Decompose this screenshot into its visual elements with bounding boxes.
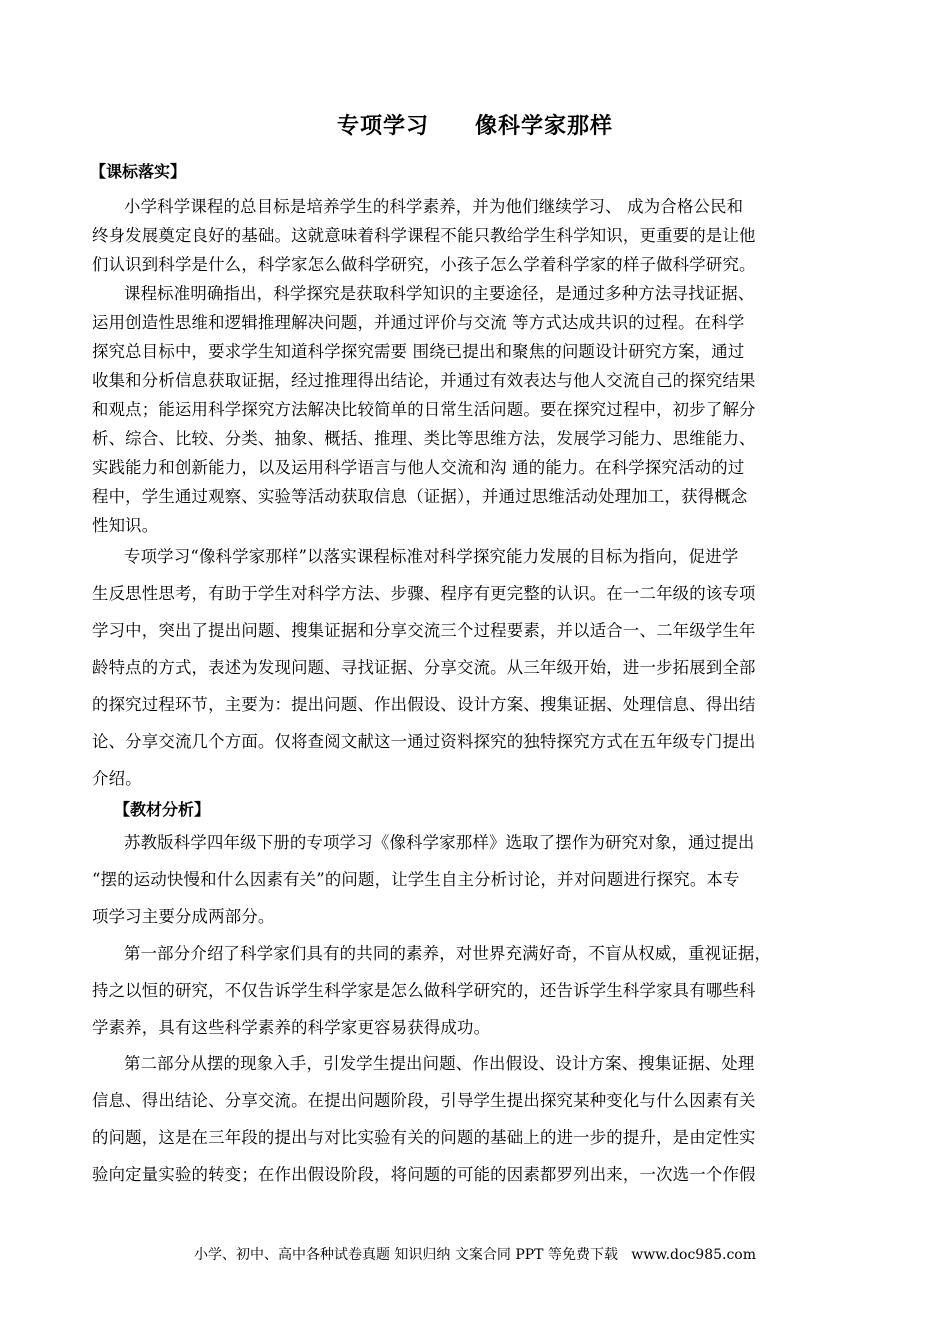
paragraph-line: 学素养，具有这些科学素养的科学家更容易获得成功。 xyxy=(92,1017,490,1039)
paragraph-line: 专项学习“像科学家那样”以落实课程标准对科学探究能力发展的目标为指向，促进学 xyxy=(124,546,738,568)
paragraph-line: 课程标准明确指出，科学探究是获取科学知识的主要途径，是通过多种方法寻找证据、 xyxy=(124,283,754,305)
paragraph-line: 苏教版科学四年级下册的专项学习《像科学家那样》选取了摆作为研究对象，通过提出 xyxy=(124,832,754,854)
page-title: 专项学习 像科学家那样 xyxy=(0,112,950,142)
paragraph-line: 生反思性思考，有助于学生对科学方法、步骤、程序有更完整的认识。在一二年级的该专项 xyxy=(92,583,756,605)
paragraph-line: 的问题，这是在三年段的提出与对比实验有关的问题的基础上的进一步的提升，是由定性实 xyxy=(92,1127,756,1149)
paragraph-line: 小学科学课程的总目标是培养学生的科学素养，并为他们继续学习、 成为合格公民和 xyxy=(124,196,743,218)
paragraph-line: 第一部分介绍了科学家们具有的共同的素养，对世界充满好奇，不盲从权威，重视证据， xyxy=(124,943,771,965)
paragraph-line: 学习中，突出了提出问题、搜集证据和分享交流三个过程要素，并以适合一、二年级学生年 xyxy=(92,620,756,642)
paragraph-line: 论、分享交流几个方面。仅将查阅文献这一通过资料探究的独特探究方式在五年级专门提出 xyxy=(92,731,756,753)
paragraph-line: 持之以恒的研究，不仅告诉学生科学家是怎么做科学研究的，还告诉学生科学家具有哪些科 xyxy=(92,980,756,1002)
paragraph-line: 性知识。 xyxy=(92,515,158,537)
paragraph-line: 运用创造性思维和逻辑推理解决问题，并通过评价与交流 等方式达成共识的过程。在科学 xyxy=(92,312,744,334)
document-page: 专项学习 像科学家那样 【课标落实】 小学科学课程的总目标是培养学生的科学素养，… xyxy=(0,0,950,1344)
paragraph-line: 析、综合、比较、分类、抽象、概括、推理、类比等思维方法，发展学习能力、思维能力、 xyxy=(92,428,756,450)
paragraph-line: 收集和分析信息获取证据，经过推理得出结论，并通过有效表达与他人交流自己的探究结果 xyxy=(92,370,756,392)
paragraph-line: 项学习主要分成两部分。 xyxy=(92,906,275,928)
paragraph-line: 验向定量实验的转变；在作出假设阶段，将问题的可能的因素都罗列出来，一次选一个作假 xyxy=(92,1164,756,1186)
paragraph-line: 第二部分从摆的现象入手，引发学生提出问题、作出假设、设计方案、搜集证据、处理 xyxy=(124,1053,754,1075)
paragraph-line: 介绍。 xyxy=(92,768,142,790)
paragraph-line: 探究总目标中，要求学生知道科学探究需要 围绕已提出和聚焦的问题设计研究方案，通过 xyxy=(92,341,744,363)
section-heading-textbook-analysis: 【教材分析】 xyxy=(114,799,210,821)
paragraph-line: 程中，学生通过观察、实验等活动获取信息（证据），并通过思维活动处理加工，获得概念 xyxy=(92,486,747,508)
paragraph-line: “摆的运动快慢和什么因素有关”的问题，让学生自主分析讨论，并对问题进行探究。本专 xyxy=(92,869,740,891)
paragraph-line: 的探究过程环节，主要为：提出问题、作出假设、设计方案、搜集证据、处理信息、得出结 xyxy=(92,694,756,716)
paragraph-line: 实践能力和创新能力，以及运用科学语言与他人交流和沟 通的能力。在科学探究活动的过 xyxy=(92,457,744,479)
paragraph-line: 信息、得出结论、分享交流。在提出问题阶段，引导学生提出探究某种变化与什么因素有关 xyxy=(92,1090,756,1112)
section-heading-curriculum: 【课标落实】 xyxy=(90,161,186,183)
paragraph-line: 们认识到科学是什么，科学家怎么做科学研究，小孩子怎么学着科学家的样子做科学研究。 xyxy=(92,254,756,276)
page-footer: 小学、初中、高中各种试卷真题 知识归纳 文案合同 PPT 等免费下载 www.d… xyxy=(0,1245,950,1265)
paragraph-line: 龄特点的方式，表述为发现问题、寻找证据、分享交流。从三年级开始，进一步拓展到全部 xyxy=(92,657,756,679)
paragraph-line: 终身发展奠定良好的基础。这就意味着科学课程不能只教给学生科学知识，更重要的是让他 xyxy=(92,225,756,247)
paragraph-line: 和观点；能运用科学探究方法解决比较简单的日常生活问题。要在探究过程中，初步了解分 xyxy=(92,399,756,421)
